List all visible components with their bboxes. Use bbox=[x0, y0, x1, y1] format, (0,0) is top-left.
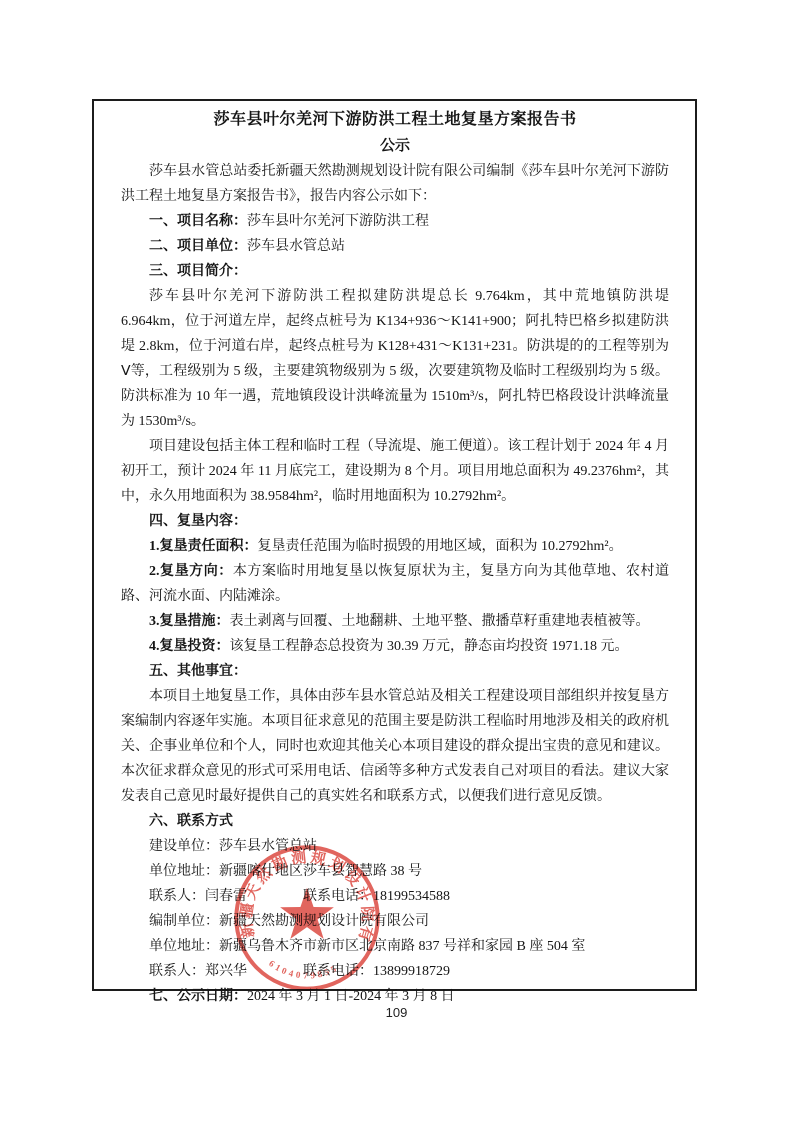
section-1-text: 莎车县叶尔羌河下游防洪工程 bbox=[247, 214, 429, 229]
contact-left: 建设单位：莎车县水管总站 bbox=[149, 839, 317, 854]
reclamation-item: 3.复垦措施：表土剥离与回覆、土地翻耕、土地平整、撒播草籽重建地表植被等。 bbox=[121, 609, 669, 634]
contact-left: 联系人：闫春雷 bbox=[149, 889, 247, 904]
intro-paragraph: 莎车县水管总站委托新疆天然勘测规划设计院有限公司编制《莎车县叶尔羌河下游防洪工程… bbox=[121, 159, 669, 209]
reclamation-item-text: 该复垦工程静态总投资为 30.39 万元，静态亩均投资 1971.18 元。 bbox=[230, 639, 629, 654]
section-4-heading: 四、复垦内容： bbox=[121, 509, 669, 534]
contact-line: 联系人：闫春雷联系电话：18199534588 bbox=[121, 884, 669, 909]
reclamation-item-label: 4.复垦投资： bbox=[149, 639, 230, 654]
document-title: 莎车县叶尔羌河下游防洪工程土地复垦方案报告书 bbox=[121, 106, 669, 133]
reclamation-item-text: 复垦责任范围为临时损毁的用地区域，面积为 10.2792hm²。 bbox=[258, 539, 623, 554]
contact-left: 单位地址：新疆乌鲁木齐市新市区北京南路 837 号祥和家园 B 座 504 室 bbox=[149, 939, 585, 954]
document-frame: 莎车县叶尔羌河下游防洪工程土地复垦方案报告书 公示 莎车县水管总站委托新疆天然勘… bbox=[92, 99, 697, 991]
contact-left: 编制单位：新疆天然勘测规划设计院有限公司 bbox=[149, 914, 429, 929]
contact-left: 单位地址：新疆喀什地区莎车县智慧路 38 号 bbox=[149, 864, 422, 879]
contact-right: 联系电话：18199534588 bbox=[303, 889, 450, 904]
section-3-paragraph-2: 项目建设包括主体工程和临时工程（导流堤、施工便道）。该工程计划于 2024 年 … bbox=[121, 434, 669, 509]
section-2-line: 二、项目单位：莎车县水管总站 bbox=[121, 234, 669, 259]
contact-right: 联系电话：13899918729 bbox=[303, 964, 450, 979]
page: { "page": { "number": "109" }, "document… bbox=[0, 0, 793, 1122]
contact-left: 联系人：郑兴华 bbox=[149, 964, 247, 979]
reclamation-item: 2.复垦方向：本方案临时用地复垦以恢复原状为主，复垦方向为其他草地、农村道路、河… bbox=[121, 559, 669, 609]
page-number: 109 bbox=[0, 1005, 793, 1020]
contact-line: 单位地址：新疆乌鲁木齐市新市区北京南路 837 号祥和家园 B 座 504 室 bbox=[121, 934, 669, 959]
section-2-text: 莎车县水管总站 bbox=[247, 239, 345, 254]
reclamation-item-text: 表土剥离与回覆、土地翻耕、土地平整、撒播草籽重建地表植被等。 bbox=[230, 614, 650, 629]
section-2-label: 二、项目单位： bbox=[149, 239, 247, 254]
contact-line: 建设单位：莎车县水管总站 bbox=[121, 834, 669, 859]
reclamation-item-label: 2.复垦方向： bbox=[149, 564, 233, 579]
reclamation-item-label: 3.复垦措施： bbox=[149, 614, 230, 629]
contact-line: 编制单位：新疆天然勘测规划设计院有限公司 bbox=[121, 909, 669, 934]
reclamation-item: 1.复垦责任面积：复垦责任范围为临时损毁的用地区域，面积为 10.2792hm²… bbox=[121, 534, 669, 559]
document-subtitle: 公示 bbox=[121, 133, 669, 159]
section-3-heading: 三、项目简介： bbox=[121, 259, 669, 284]
contact-line: 单位地址：新疆喀什地区莎车县智慧路 38 号 bbox=[121, 859, 669, 884]
section-5-paragraph: 本项目土地复垦工作，具体由莎车县水管总站及相关工程建设项目部组织并按复垦方案编制… bbox=[121, 684, 669, 809]
section-3-paragraph-1: 莎车县叶尔羌河下游防洪工程拟建防洪堤总长 9.764km，其中荒地镇防洪堤 6.… bbox=[121, 284, 669, 434]
contact-line: 联系人：郑兴华联系电话：13899918729 bbox=[121, 959, 669, 984]
section-6-heading: 六、联系方式 bbox=[121, 809, 669, 834]
section-1-label: 一、项目名称： bbox=[149, 214, 247, 229]
reclamation-item: 4.复垦投资：该复垦工程静态总投资为 30.39 万元，静态亩均投资 1971.… bbox=[121, 634, 669, 659]
section-1-line: 一、项目名称：莎车县叶尔羌河下游防洪工程 bbox=[121, 209, 669, 234]
reclamation-item-label: 1.复垦责任面积： bbox=[149, 539, 258, 554]
section-5-heading: 五、其他事宜： bbox=[121, 659, 669, 684]
section-7-label: 七、公示日期： bbox=[149, 989, 247, 1004]
section-7-text: 2024 年 3 月 1 日-2024 年 3 月 8 日 bbox=[247, 989, 455, 1004]
